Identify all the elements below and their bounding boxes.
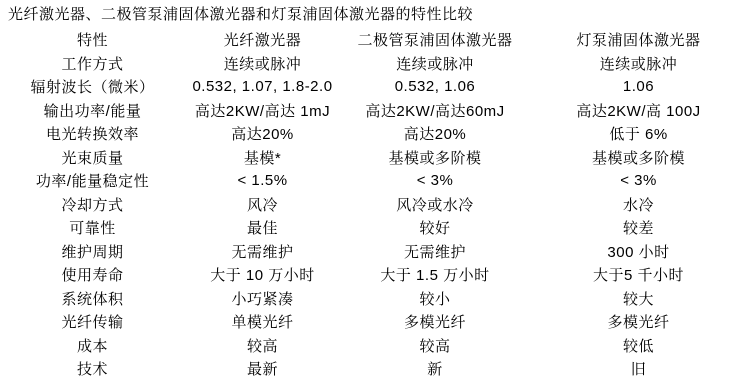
table-row-cost: 成本 较高 较高 较低	[0, 334, 747, 358]
table-cell: 基模*	[185, 147, 340, 168]
table-cell: < 3%	[340, 172, 530, 189]
table-row-system-size: 系统体积 小巧紧凑 较小 较大	[0, 287, 747, 311]
table-row-stability: 功率/能量稳定性 < 1.5% < 3% < 3%	[0, 169, 747, 193]
table-row-beam-quality: 光束质量 基模* 基模或多阶模 基模或多阶模	[0, 146, 747, 170]
table-row-reliability: 可靠性 最佳 较好 较差	[0, 216, 747, 240]
table-cell: 较大	[530, 288, 747, 309]
table-cell: 较好	[340, 217, 530, 238]
row-label: 成本	[0, 335, 185, 356]
table-row-conversion-efficiency: 电光转换效率 高达20% 高达20% 低于 6%	[0, 122, 747, 146]
table-cell: 连续或脉冲	[185, 53, 340, 74]
table-cell: 最新	[185, 358, 340, 379]
row-label: 光纤传输	[0, 311, 185, 332]
page-title: 光纤激光器、二极管泵浦固体激光器和灯泵浦固体激光器的特性比较	[0, 0, 747, 28]
table-cell: 300 小时	[530, 241, 747, 262]
header-cell-feature: 特性	[0, 29, 185, 50]
table-cell: 高达20%	[340, 123, 530, 144]
table-cell: 高达20%	[185, 123, 340, 144]
table-cell: 小巧紧凑	[185, 288, 340, 309]
row-label: 电光转换效率	[0, 123, 185, 144]
table-row-operating-mode: 工作方式 连续或脉冲 连续或脉冲 连续或脉冲	[0, 52, 747, 76]
table-row-maintenance-cycle: 维护周期 无需维护 无需维护 300 小时	[0, 240, 747, 264]
table-cell: 旧	[530, 358, 747, 379]
page: 光纤激光器、二极管泵浦固体激光器和灯泵浦固体激光器的特性比较 特性 光纤激光器 …	[0, 0, 747, 381]
table-cell: 连续或脉冲	[340, 53, 530, 74]
header-cell-fiber-laser: 光纤激光器	[185, 29, 340, 50]
row-label: 光束质量	[0, 147, 185, 168]
table-cell: 基模或多阶模	[340, 147, 530, 168]
row-label: 使用寿命	[0, 264, 185, 285]
table-row-technology: 技术 最新 新 旧	[0, 357, 747, 381]
table-cell: 无需维护	[340, 241, 530, 262]
table-cell: 1.06	[530, 78, 747, 95]
table-row-cooling: 冷却方式 风冷 风冷或水冷 水冷	[0, 193, 747, 217]
table-cell: 连续或脉冲	[530, 53, 747, 74]
table-cell: 多模光纤	[530, 311, 747, 332]
row-label: 功率/能量稳定性	[0, 170, 185, 191]
table-cell: 低于 6%	[530, 123, 747, 144]
table-cell: 0.532, 1.06	[340, 78, 530, 95]
table-cell: 较小	[340, 288, 530, 309]
row-label: 可靠性	[0, 217, 185, 238]
table-cell: 风冷	[185, 194, 340, 215]
table-row-output-power: 输出功率/能量 高达2KW/高达 1mJ 高达2KW/高达60mJ 高达2KW/…	[0, 99, 747, 123]
header-cell-diode-pumped-laser: 二极管泵浦固体激光器	[340, 29, 530, 50]
row-label: 系统体积	[0, 288, 185, 309]
table-row-wavelength: 辐射波长（微米） 0.532, 1.07, 1.8-2.0 0.532, 1.0…	[0, 75, 747, 99]
row-label: 冷却方式	[0, 194, 185, 215]
header-cell-lamp-pumped-laser: 灯泵浦固体激光器	[530, 29, 747, 50]
table-cell: 水冷	[530, 194, 747, 215]
table-cell: 风冷或水冷	[340, 194, 530, 215]
table-cell: 较高	[185, 335, 340, 356]
row-label: 辐射波长（微米）	[0, 76, 185, 97]
table-row-service-life: 使用寿命 大于 10 万小时 大于 1.5 万小时 大于5 千小时	[0, 263, 747, 287]
table-cell: 新	[340, 358, 530, 379]
table-cell: 较差	[530, 217, 747, 238]
table-cell: 无需维护	[185, 241, 340, 262]
table-cell: 高达2KW/高 100J	[530, 100, 747, 121]
table-cell: 基模或多阶模	[530, 147, 747, 168]
table-cell: 0.532, 1.07, 1.8-2.0	[185, 78, 340, 95]
table-cell: 最佳	[185, 217, 340, 238]
table-cell: < 1.5%	[185, 172, 340, 189]
row-label: 输出功率/能量	[0, 100, 185, 121]
table-cell: 大于5 千小时	[530, 264, 747, 285]
table-cell: 较低	[530, 335, 747, 356]
table-cell: 单模光纤	[185, 311, 340, 332]
row-label: 技术	[0, 358, 185, 379]
table-cell: 多模光纤	[340, 311, 530, 332]
table-cell: 大于 10 万小时	[185, 264, 340, 285]
table-cell: 高达2KW/高达60mJ	[340, 100, 530, 121]
comparison-table: 特性 光纤激光器 二极管泵浦固体激光器 灯泵浦固体激光器 工作方式 连续或脉冲 …	[0, 28, 747, 381]
table-cell: < 3%	[530, 172, 747, 189]
table-cell: 大于 1.5 万小时	[340, 264, 530, 285]
table-cell: 高达2KW/高达 1mJ	[185, 100, 340, 121]
table-row-fiber-delivery: 光纤传输 单模光纤 多模光纤 多模光纤	[0, 310, 747, 334]
table-cell: 较高	[340, 335, 530, 356]
row-label: 工作方式	[0, 53, 185, 74]
table-header-row: 特性 光纤激光器 二极管泵浦固体激光器 灯泵浦固体激光器	[0, 28, 747, 52]
row-label: 维护周期	[0, 241, 185, 262]
